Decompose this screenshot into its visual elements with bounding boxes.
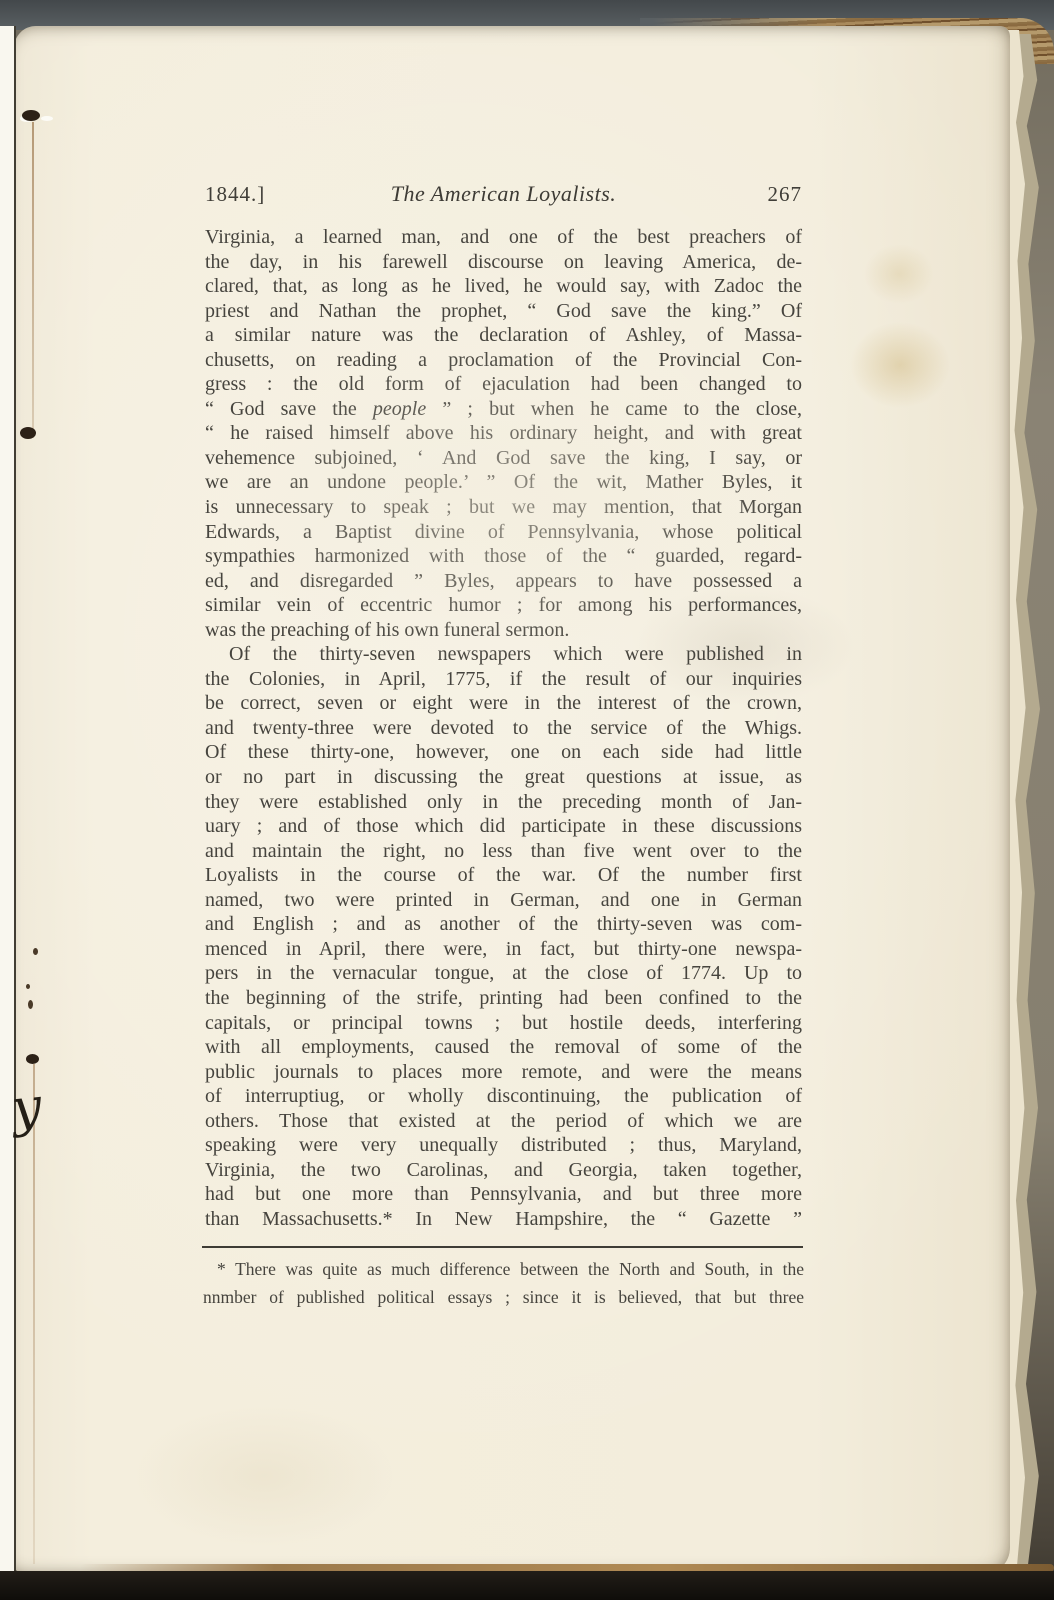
foxing-stain — [864, 244, 934, 304]
text-line: priest and Nathan the prophet, “ God sav… — [205, 299, 802, 324]
header-title: The American Loyalists. — [315, 181, 692, 207]
scanned-book-page: y 1844.] The American Loyalists. 267 Vir… — [0, 0, 1054, 1600]
text-line: with all employments, caused the removal… — [205, 1035, 802, 1060]
text-line: a similar nature was the declaration of … — [205, 323, 802, 348]
binding-thread — [33, 1064, 35, 1564]
text-line: menced in April, there were, in fact, bu… — [205, 937, 802, 962]
ink-speck — [26, 984, 30, 989]
scanner-background-bottom — [0, 1571, 1054, 1600]
text-line: and maintain the right, no less than fiv… — [205, 839, 802, 864]
paragraph: Of the thirty-seven newspapers which wer… — [205, 642, 802, 1231]
text-line: named, two were printed in German, and o… — [205, 888, 802, 913]
text-line: capitals, or principal towns ; but hosti… — [205, 1011, 802, 1036]
text-line: speaking were very unequally distributed… — [205, 1133, 802, 1158]
text-line: Of these thirty-one, however, one on eac… — [205, 740, 802, 765]
text-line: nnmber of published political essays ; s… — [203, 1284, 804, 1312]
text-line: pers in the vernacular tongue, at the cl… — [205, 961, 802, 986]
text-line: * There was quite as much difference bet… — [203, 1256, 804, 1284]
text-line: ed, and disregarded ” Byles, appears to … — [205, 569, 802, 594]
ink-speck — [28, 1000, 33, 1009]
binding-thread — [32, 122, 34, 438]
text-line: be correct, seven or eight were in the i… — [205, 691, 802, 716]
running-header: 1844.] The American Loyalists. 267 — [205, 181, 802, 207]
paragraph: * There was quite as much difference bet… — [203, 1256, 804, 1311]
text-line: Of the thirty-seven newspapers which wer… — [205, 642, 802, 667]
foxing-stain — [134, 1406, 394, 1546]
text-line: clared, that, as long as he lived, he wo… — [205, 274, 802, 299]
text-line: we are an undone people.’ ” Of the wit, … — [205, 470, 802, 495]
header-year: 1844.] — [205, 182, 315, 207]
text-line: the beginning of the strife, printing ha… — [205, 986, 802, 1011]
text-line: Edwards, a Baptist divine of Pennsylvani… — [205, 520, 802, 545]
binding-hole — [26, 1054, 39, 1064]
footnote-rule — [202, 1246, 803, 1248]
text-line: and English ; and as another of the thir… — [205, 912, 802, 937]
page-number: 267 — [692, 182, 802, 207]
text-line: vehemence subjoined, ‘ And God save the … — [205, 446, 802, 471]
text-line: than Massachusetts.* In New Hampshire, t… — [205, 1207, 802, 1232]
text-line: “ he raised himself above his ordinary h… — [205, 421, 802, 446]
text-line: was the preaching of his own funeral ser… — [205, 618, 802, 643]
text-line: gress : the old form of ejaculation had … — [205, 372, 802, 397]
footnote-text: * There was quite as much difference bet… — [203, 1256, 804, 1311]
text-line: Loyalists in the course of the war. Of t… — [205, 863, 802, 888]
text-line: and twenty-three were devoted to the ser… — [205, 716, 802, 741]
paragraph: Virginia, a learned man, and one of the … — [205, 225, 802, 642]
foxing-stain — [850, 322, 950, 408]
body-text: Virginia, a learned man, and one of the … — [205, 225, 802, 1231]
text-line: “ God save the people ” ; but when he ca… — [205, 397, 802, 422]
text-line: the day, in his farewell discourse on le… — [205, 250, 802, 275]
ink-speck — [33, 948, 38, 955]
text-line: uary ; and of those which did participat… — [205, 814, 802, 839]
text-line: public journals to places more remote, a… — [205, 1060, 802, 1085]
text-line: had but one more than Pennsylvania, and … — [205, 1182, 802, 1207]
text-line: similar vein of eccentric humor ; for am… — [205, 593, 802, 618]
text-line: chusetts, on reading a proclamation of t… — [205, 348, 802, 373]
handwritten-margin-mark: y — [9, 1081, 44, 1136]
binding-hole — [20, 427, 36, 439]
text-line: sympathies harmonized with those of the … — [205, 544, 802, 569]
binding-hole — [22, 110, 40, 121]
text-line: Virginia, the two Carolinas, and Georgia… — [205, 1158, 802, 1183]
text-line: others. Those that existed at the period… — [205, 1109, 802, 1134]
text-line: the Colonies, in April, 1775, if the res… — [205, 667, 802, 692]
text-line: or no part in discussing the great quest… — [205, 765, 802, 790]
text-line: Virginia, a learned man, and one of the … — [205, 225, 802, 250]
text-line: is unnecessary to speak ; but we may men… — [205, 495, 802, 520]
adjacent-page-edge-left — [0, 26, 16, 1572]
text-line: they were established only in the preced… — [205, 790, 802, 815]
text-line: of interruptiug, or wholly discontinuing… — [205, 1084, 802, 1109]
